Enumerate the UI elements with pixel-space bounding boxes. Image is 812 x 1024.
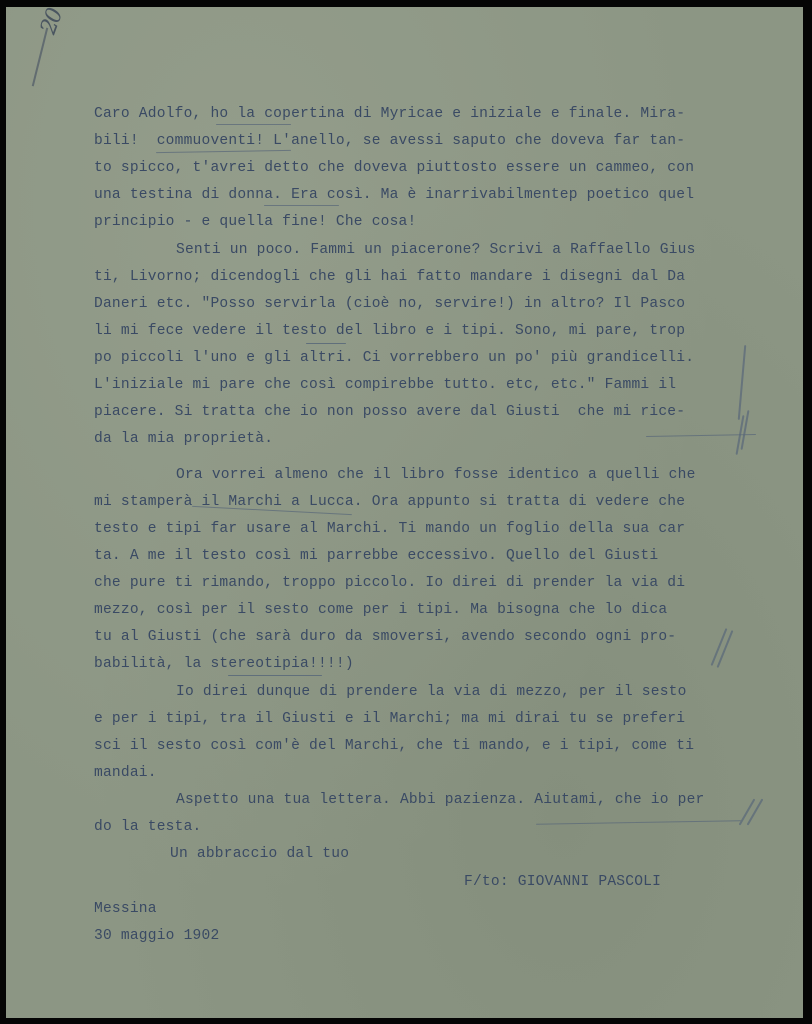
text-line: babilità, la stereotipia!!!!) bbox=[94, 655, 354, 673]
text-line: Caro Adolfo, ho la copertina di Myricae … bbox=[94, 105, 685, 123]
text-line: Io direi dunque di prendere la via di me… bbox=[176, 683, 687, 701]
text-line: testo e tipi far usare al Marchi. Ti man… bbox=[94, 520, 685, 538]
pencil-underline-era-cosi bbox=[264, 205, 339, 206]
letter-page: 20 Caro Adolfo, ho la copertina di Myric… bbox=[6, 7, 803, 1018]
pencil-underline-commuoventi bbox=[156, 150, 291, 153]
pencil-underline-stereotipia bbox=[228, 675, 322, 676]
text-line: che pure ti rimando, troppo piccolo. Io … bbox=[94, 574, 685, 592]
text-line: tu al Giusti (che sarà duro da smoversi,… bbox=[94, 628, 676, 646]
pencil-margin-crossline bbox=[536, 820, 741, 825]
text-line: po piccoli l'uno e gli altri. Ci vorrebb… bbox=[94, 349, 694, 367]
place: Messina bbox=[94, 900, 157, 918]
text-line: Ora vorrei almeno che il libro fosse ide… bbox=[176, 466, 696, 484]
date: 30 maggio 1902 bbox=[94, 927, 219, 945]
closing-line: Un abbraccio dal tuo bbox=[170, 845, 349, 863]
text-line: piacere. Si tratta che io non posso aver… bbox=[94, 403, 685, 421]
pencil-margin-stroke bbox=[738, 345, 747, 420]
pencil-underline-testo bbox=[306, 343, 346, 344]
text-line: principio - e quella fine! Che cosa! bbox=[94, 213, 416, 231]
text-line: ti, Livorno; dicendogli che gli hai fatt… bbox=[94, 268, 685, 286]
text-line: una testina di donna. Era così. Ma è ina… bbox=[94, 186, 694, 204]
text-line: Daneri etc. "Posso servirla (cioè no, se… bbox=[94, 295, 685, 313]
text-line: e per i tipi, tra il Giusti e il Marchi;… bbox=[94, 710, 685, 728]
pencil-underline-myricae bbox=[216, 124, 291, 125]
pencil-margin-double-slash bbox=[747, 799, 764, 826]
text-line: li mi fece vedere il testo del libro e i… bbox=[94, 322, 685, 340]
text-line: bili! commuoventi! L'anello, se avessi s… bbox=[94, 132, 685, 150]
text-line: mezzo, così per il sesto come per i tipi… bbox=[94, 601, 667, 619]
text-line: L'iniziale mi pare che così compirebbe t… bbox=[94, 376, 676, 394]
text-line: ta. A me il testo così mi parrebbe ecces… bbox=[94, 547, 658, 565]
text-line: mi stamperà il Marchi a Lucca. Ora appun… bbox=[94, 493, 685, 511]
page-number: 20 bbox=[36, 6, 68, 37]
text-line: Senti un poco. Fammi un piacerone? Scriv… bbox=[176, 241, 696, 259]
page-number-stroke bbox=[32, 28, 48, 87]
text-line: sci il sesto così com'è del Marchi, che … bbox=[94, 737, 694, 755]
text-line: da la mia proprietà. bbox=[94, 430, 273, 448]
text-line: mandai. bbox=[94, 764, 157, 782]
signature: F/to: GIOVANNI PASCOLI bbox=[464, 873, 661, 891]
text-line: to spicco, t'avrei detto che doveva piut… bbox=[94, 159, 694, 177]
text-line: Aspetto una tua lettera. Abbi pazienza. … bbox=[176, 791, 705, 809]
text-line: do la testa. bbox=[94, 818, 202, 836]
